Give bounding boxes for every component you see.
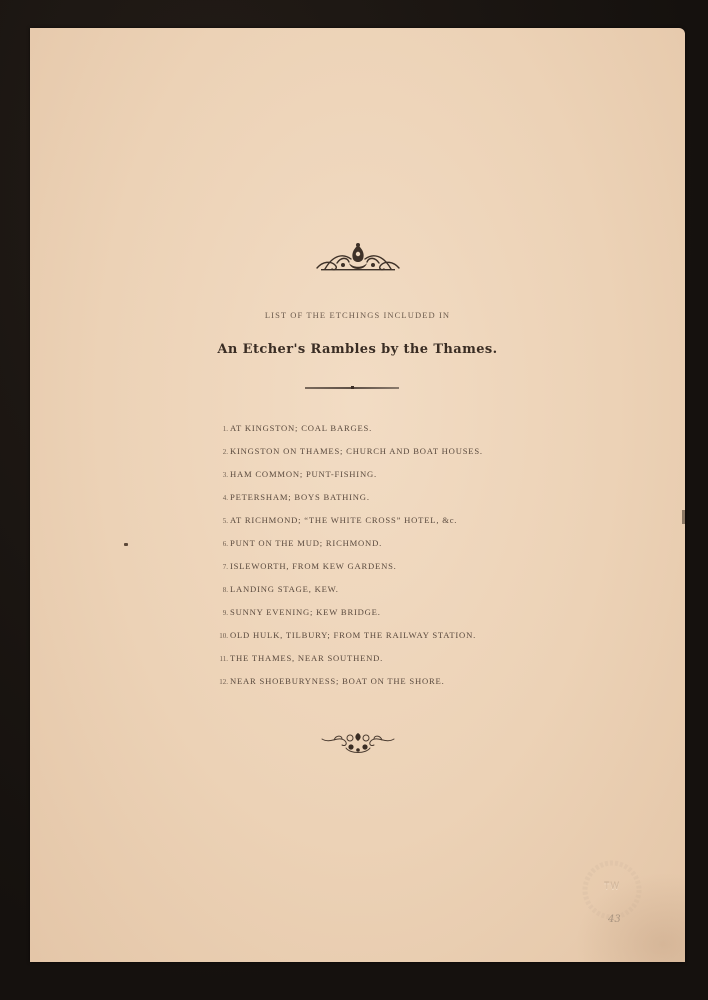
list-item: 4.PETERSHAM; BOYS BATHING. [210,487,483,510]
item-title: PETERSHAM; BOYS BATHING. [230,492,370,502]
item-title: HAM COMMON; PUNT-FISHING. [230,469,377,479]
list-item: 10.OLD HULK, TILBURY; FROM THE RAILWAY S… [210,625,483,648]
item-number: 12. [210,674,228,691]
list-item: 1.AT KINGSTON; COAL BARGES. [210,418,483,441]
list-item: 3.HAM COMMON; PUNT-FISHING. [210,464,483,487]
item-number: 4. [210,490,228,507]
item-number: 11. [210,651,228,668]
item-number: 6. [210,536,228,553]
item-number: 3. [210,467,228,484]
item-number: 5. [210,513,228,530]
page-edge-mark [682,510,685,524]
item-title: SUNNY EVENING; KEW BRIDGE. [230,607,381,617]
item-number: 8. [210,582,228,599]
paper-blemish [124,543,128,546]
item-number: 1. [210,421,228,438]
stamp-initials: TW [578,881,646,891]
headpiece-ornament-icon [313,241,403,273]
tailpiece-ornament-icon [320,730,396,756]
list-item: 2.KINGSTON ON THAMES; CHURCH AND BOAT HO… [210,441,483,464]
item-title: ISLEWORTH, FROM KEW GARDENS. [230,561,397,571]
item-title: KINGSTON ON THAMES; CHURCH AND BOAT HOUS… [230,446,483,456]
item-title: NEAR SHOEBURYNESS; BOAT ON THE SHORE. [230,676,445,686]
item-number: 7. [210,559,228,576]
etchings-list: 1.AT KINGSTON; COAL BARGES. 2.KINGSTON O… [210,418,483,694]
list-heading: LIST OF THE ETCHINGS INCLUDED IN [30,310,685,320]
item-title: AT KINGSTON; COAL BARGES. [230,423,372,433]
list-item: 9.SUNNY EVENING; KEW BRIDGE. [210,602,483,625]
list-item: 5.AT RICHMOND; “THE WHITE CROSS” HOTEL, … [210,510,483,533]
pencil-number: 43 [608,914,621,925]
item-number: 2. [210,444,228,461]
document-page: LIST OF THE ETCHINGS INCLUDED IN An Etch… [30,28,685,962]
item-number: 9. [210,605,228,622]
item-title: PUNT ON THE MUD; RICHMOND. [230,538,382,548]
list-item: 7.ISLEWORTH, FROM KEW GARDENS. [210,556,483,579]
emboss-stamp: TW [578,856,646,924]
item-title: OLD HULK, TILBURY; FROM THE RAILWAY STAT… [230,630,476,640]
list-item: 6.PUNT ON THE MUD; RICHMOND. [210,533,483,556]
item-title: AT RICHMOND; “THE WHITE CROSS” HOTEL, &c… [230,515,457,525]
list-item: 12.NEAR SHOEBURYNESS; BOAT ON THE SHORE. [210,671,483,694]
list-item: 11.THE THAMES, NEAR SOUTHEND. [210,648,483,671]
item-number: 10. [210,628,228,645]
stamp-ring-icon [578,856,646,924]
divider-rule-dot [351,386,354,389]
item-title: LANDING STAGE, KEW. [230,584,339,594]
item-title: THE THAMES, NEAR SOUTHEND. [230,653,383,663]
book-title: An Etcher's Rambles by the Thames. [30,342,685,357]
list-item: 8.LANDING STAGE, KEW. [210,579,483,602]
